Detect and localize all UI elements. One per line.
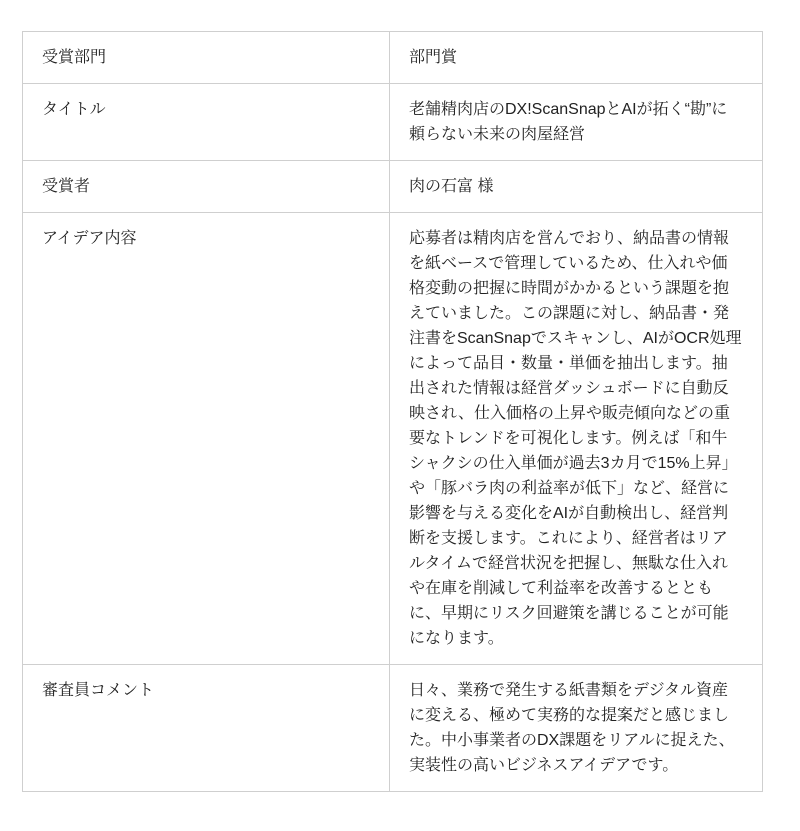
idea-description-label: アイデア内容: [23, 213, 390, 665]
page: 受賞部門 部門賞 タイトル 老舗精肉店のDX!ScanSnapとAIが拓く“勘”…: [0, 0, 800, 831]
table-row-title: タイトル 老舗精肉店のDX!ScanSnapとAIが拓く“勘”に頼らない未来の肉…: [23, 84, 763, 161]
idea-description-value: 応募者は精肉店を営んでおり、納品書の情報を紙ベースで管理しているため、仕入れや価…: [390, 213, 763, 665]
title-value: 老舗精肉店のDX!ScanSnapとAIが拓く“勘”に頼らない未来の肉屋経営: [390, 84, 763, 161]
table-row-judge-comment: 審査員コメント 日々、業務で発生する紙書類をデジタル資産に変える、極めて実務的な…: [23, 665, 763, 792]
award-category-value: 部門賞: [390, 32, 763, 84]
table-row-award-category: 受賞部門 部門賞: [23, 32, 763, 84]
title-label: タイトル: [23, 84, 390, 161]
judge-comment-value: 日々、業務で発生する紙書類をデジタル資産に変える、極めて実務的な提案だと感じまし…: [390, 665, 763, 792]
award-category-label: 受賞部門: [23, 32, 390, 84]
winner-value: 肉の石富 様: [390, 161, 763, 213]
table-row-idea-description: アイデア内容 応募者は精肉店を営んでおり、納品書の情報を紙ベースで管理しているた…: [23, 213, 763, 665]
winner-label: 受賞者: [23, 161, 390, 213]
table-row-winner: 受賞者 肉の石富 様: [23, 161, 763, 213]
award-details-table: 受賞部門 部門賞 タイトル 老舗精肉店のDX!ScanSnapとAIが拓く“勘”…: [22, 31, 763, 792]
judge-comment-label: 審査員コメント: [23, 665, 390, 792]
